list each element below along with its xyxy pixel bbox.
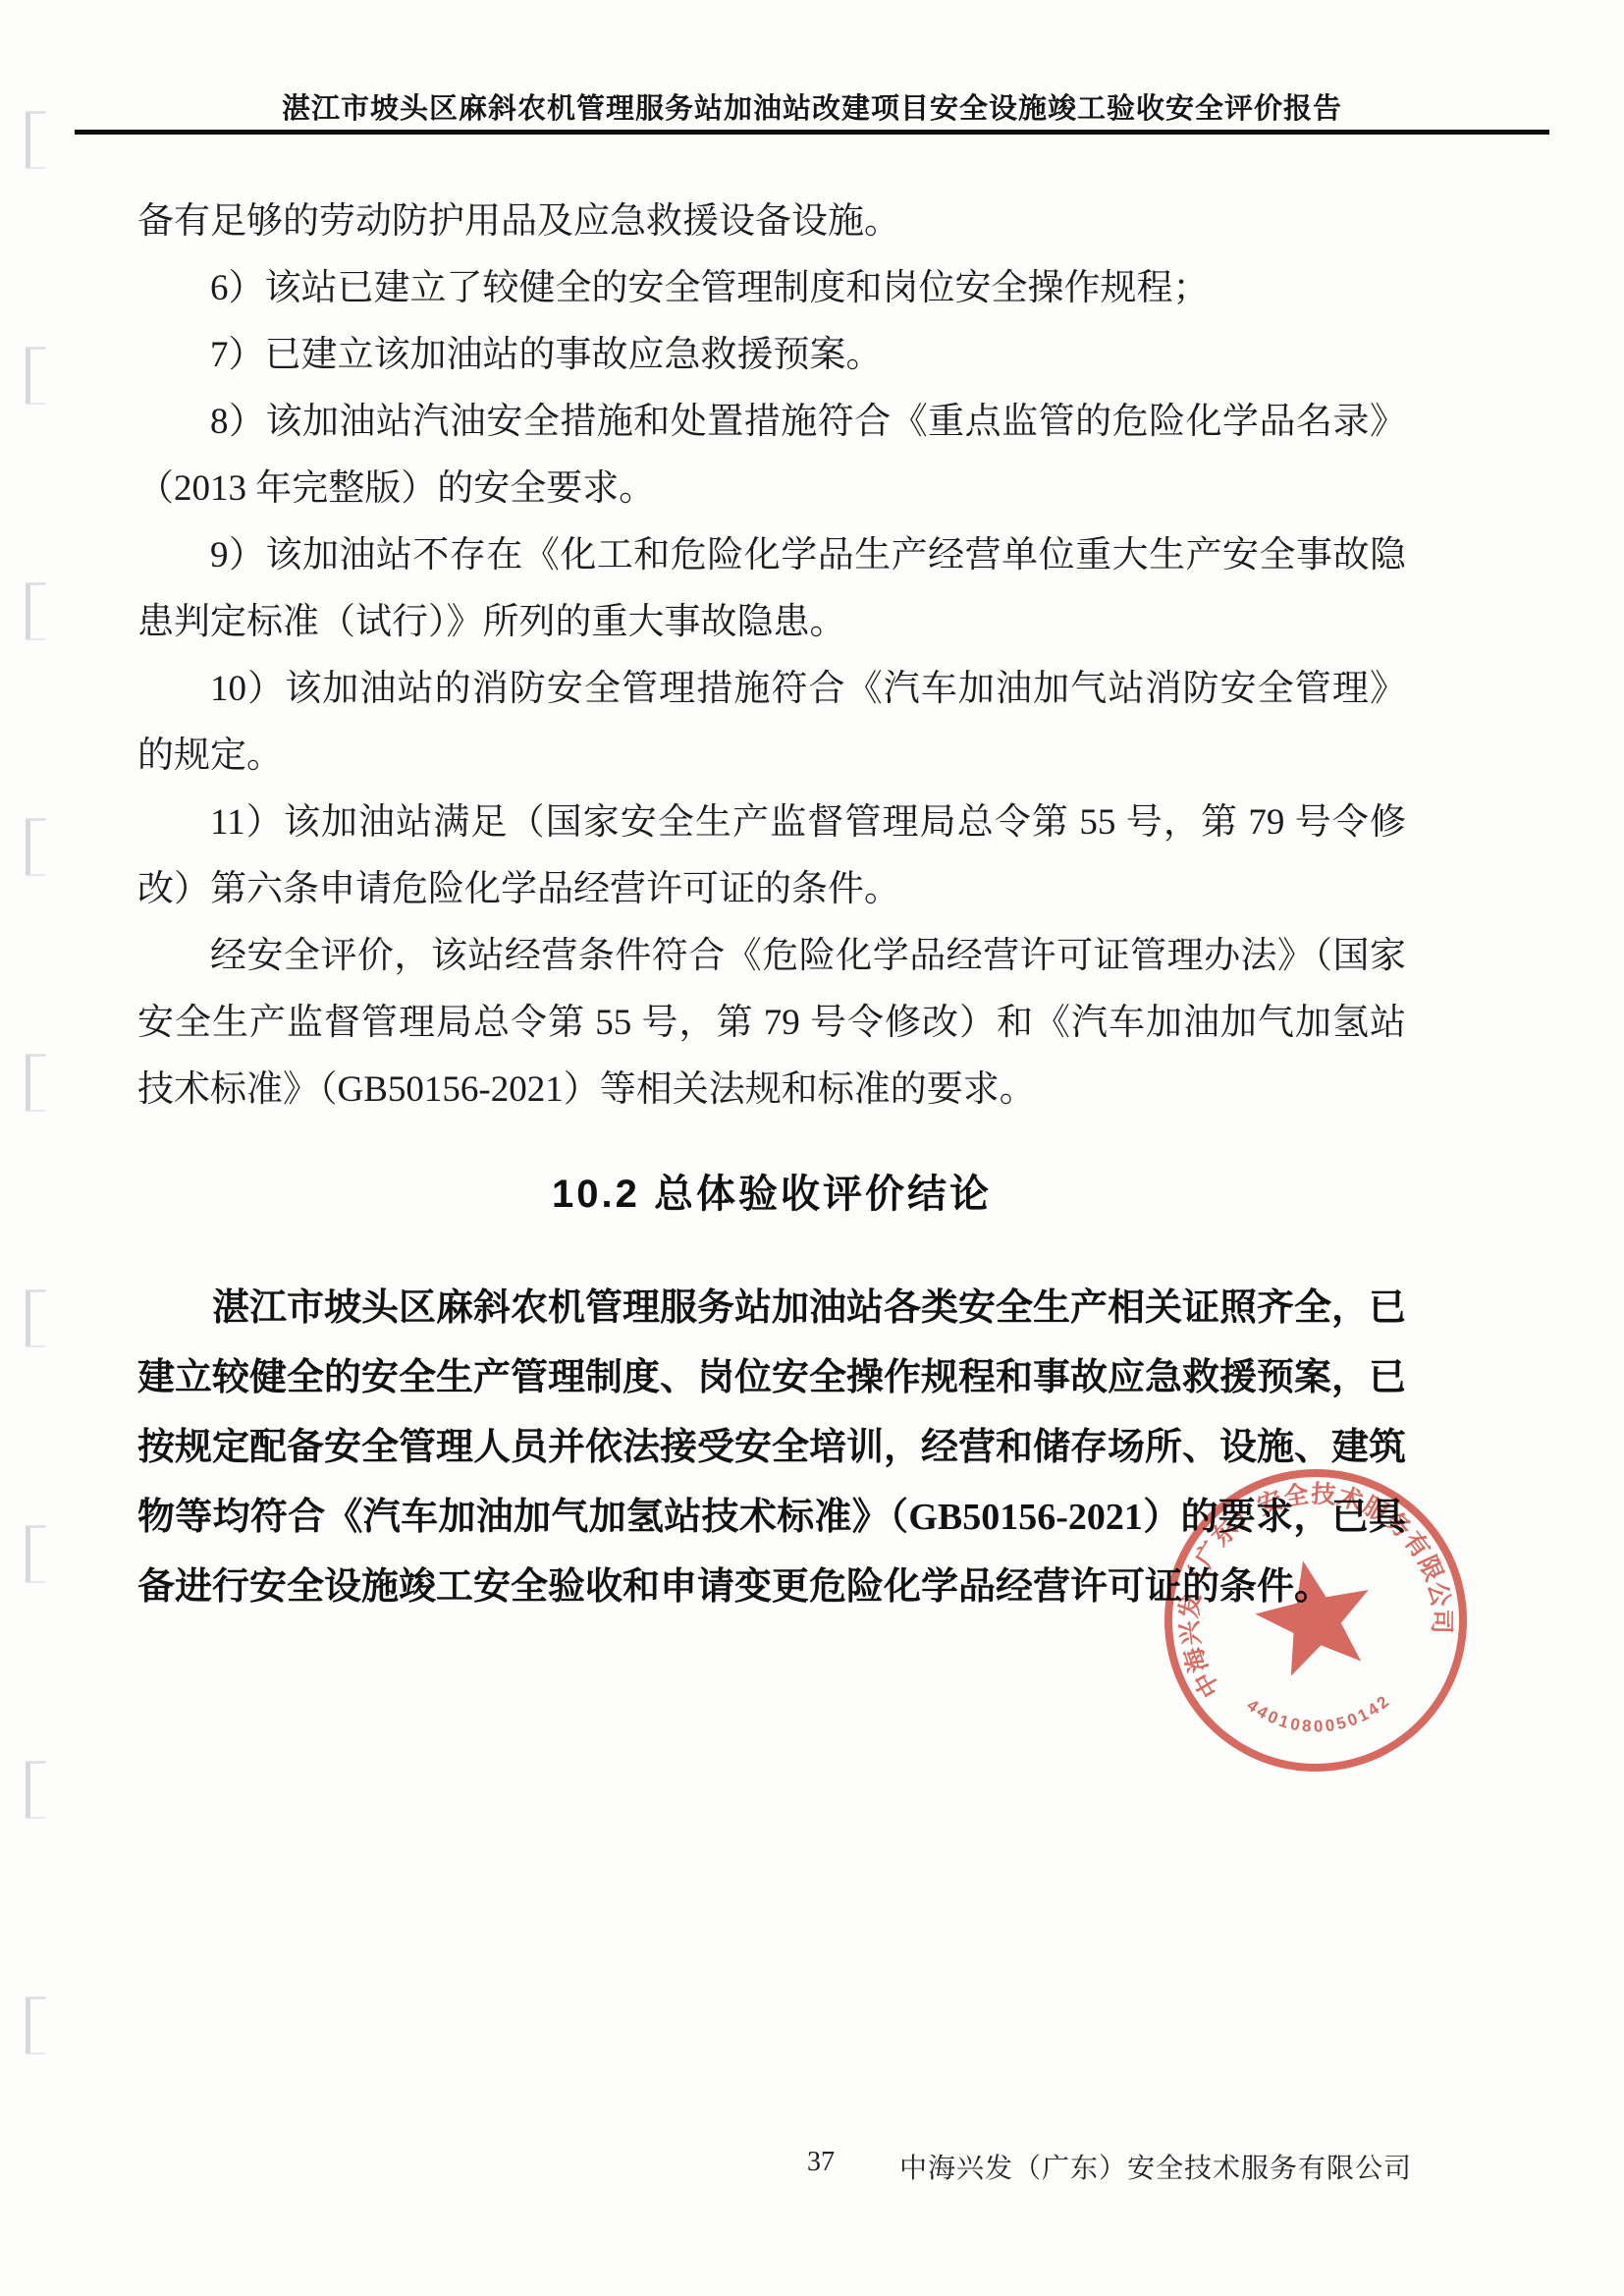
document-page: 湛江市坡头区麻斜农机管理服务站加油站改建项目安全设施竣工验收安全评价报告 备有足… xyxy=(0,0,1624,2296)
svg-text:4401080050142: 4401080050142 xyxy=(1241,1667,1398,1752)
scan-artifact xyxy=(26,1761,46,1819)
header-title: 湛江市坡头区麻斜农机管理服务站加油站改建项目安全设施竣工验收安全评价报告 xyxy=(0,86,1624,127)
header-rule xyxy=(75,130,1549,135)
body-paragraph: 7）已建立该加油站的事故应急救援预案。 xyxy=(137,322,1406,389)
body-paragraph: 10）该加油站的消防安全管理措施符合《汽车加油加气站消防安全管理》的规定。 xyxy=(137,656,1406,790)
body-paragraph: 11）该加油站满足（国家安全生产监督管理局总令第 55 号，第 79 号令修改）… xyxy=(137,790,1406,923)
scan-artifact xyxy=(26,1525,46,1583)
body-paragraph: 8）该加油站汽油安全措施和处置措施符合《重点监管的危险化学品名录》（2013 年… xyxy=(137,389,1406,522)
scan-artifact xyxy=(26,347,46,405)
footer-company: 中海兴发（广东）安全技术服务有限公司 xyxy=(899,2147,1412,2186)
scan-artifact xyxy=(26,1289,46,1347)
scan-artifact xyxy=(26,1996,46,2054)
company-seal-stamp: 中海兴发（广东）安全技术服务有限公司 4401080050142 xyxy=(1151,1455,1481,1785)
body-paragraph: 备有足够的劳动防护用品及应急救援设备设施。 xyxy=(137,189,1406,255)
seal-star-icon xyxy=(1246,1549,1382,1680)
scan-artifact xyxy=(26,582,46,640)
body-paragraph: 经安全评价，该站经营条件符合《危险化学品经营许可证管理办法》（国家安全生产监督管… xyxy=(137,923,1406,1123)
seal-serial-number: 4401080050142 xyxy=(1241,1667,1398,1752)
page-number: 37 xyxy=(807,2147,835,2178)
body-paragraph: 9）该加油站不存在《化工和危险化学品生产经营单位重大生产安全事故隐患判定标准（试… xyxy=(137,522,1406,656)
body-paragraph: 6）该站已建立了较健全的安全管理制度和岗位安全操作规程； xyxy=(137,255,1406,322)
page-footer: 37 中海兴发（广东）安全技术服务有限公司 xyxy=(0,2147,1624,2196)
scan-artifact xyxy=(26,1054,46,1112)
section-heading: 10.2 总体验收评价结论 xyxy=(137,1163,1406,1219)
scan-artifact xyxy=(26,111,46,169)
scan-artifact xyxy=(26,818,46,876)
report-content: 备有足够的劳动防护用品及应急救援设备设施。6）该站已建立了较健全的安全管理制度和… xyxy=(137,189,1406,1622)
report-paragraphs: 备有足够的劳动防护用品及应急救援设备设施。6）该站已建立了较健全的安全管理制度和… xyxy=(137,189,1406,1123)
